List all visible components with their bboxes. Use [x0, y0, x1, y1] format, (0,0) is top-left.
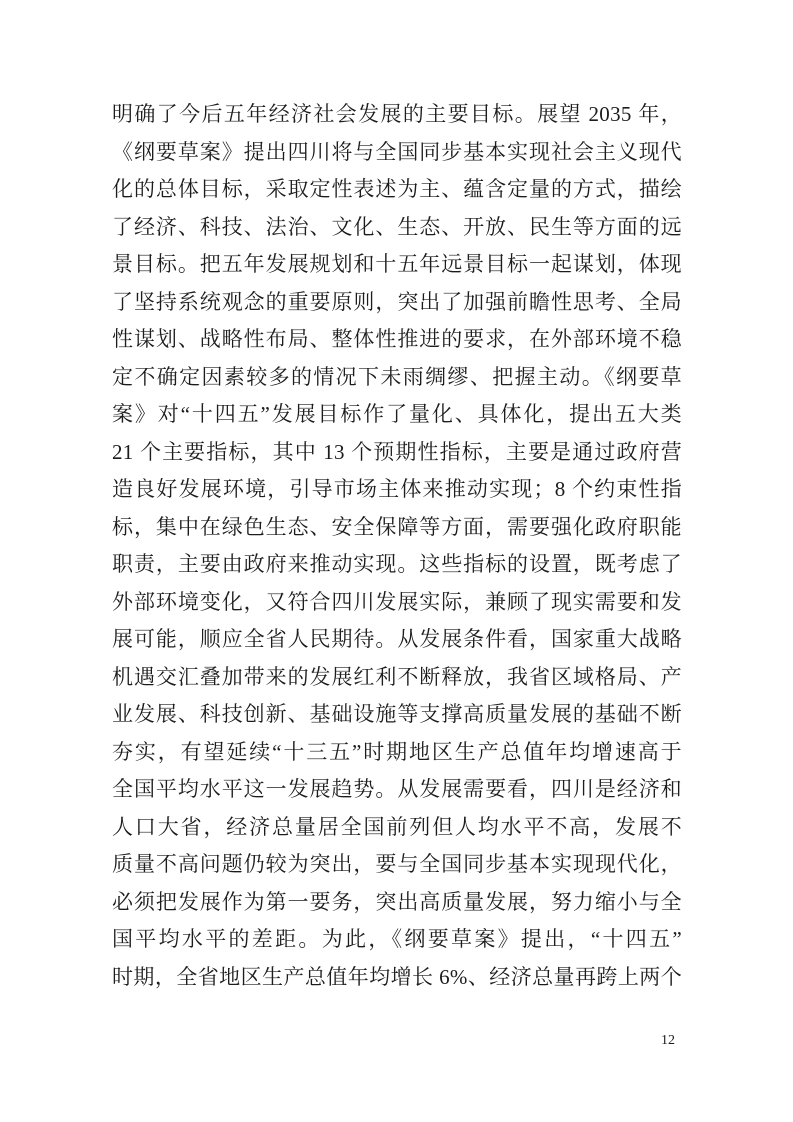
text-line: 展可能，顺应全省人民期待。从发展条件看，国家重大战略 [112, 621, 682, 659]
text-line: 必须把发展作为第一要务，突出高质量发展，努力缩小与全 [112, 884, 682, 922]
text-line: 国平均水平的差距。为此，《纲要草案》提出，“十四五” [112, 921, 682, 959]
text-line: 《纲要草案》提出四川将与全国同步基本实现社会主义现代 [112, 134, 682, 172]
text-line: 定不确定因素较多的情况下未雨绸缪、把握主动。《纲要草 [112, 359, 682, 397]
text-line: 全国平均水平这一发展趋势。从发展需要看，四川是经济和 [112, 771, 682, 809]
text-line: 造良好发展环境，引导市场主体来推动实现；8 个约束性指 [112, 471, 682, 509]
text-line: 明确了今后五年经济社会发展的主要目标。展望 2035 年， [112, 96, 682, 134]
text-line: 案》对“十四五”发展目标作了量化、具体化，提出五大类 [112, 396, 682, 434]
page-number: 12 [648, 1033, 688, 1049]
text-line: 时期，全省地区生产总值年均增长 6%、经济总量再跨上两个 [112, 959, 682, 997]
text-line: 夯实，有望延续“十三五”时期地区生产总值年均增速高于 [112, 734, 682, 772]
text-line: 化的总体目标，采取定性表述为主、蕴含定量的方式，描绘 [112, 171, 682, 209]
text-line: 了坚持系统观念的重要原则，突出了加强前瞻性思考、全局 [112, 284, 682, 322]
text-line: 人口大省，经济总量居全国前列但人均水平不高，发展不足、 [112, 809, 682, 847]
text-line: 业发展、科技创新、基础设施等支撑高质量发展的基础不断 [112, 696, 682, 734]
text-line: 职责，主要由政府来推动实现。这些指标的设置，既考虑了 [112, 546, 682, 584]
text-line: 性谋划、战略性布局、整体性推进的要求，在外部环境不稳 [112, 321, 682, 359]
body-text: 明确了今后五年经济社会发展的主要目标。展望 2035 年， 《纲要草案》提出四川… [112, 96, 682, 996]
text-line: 21 个主要指标，其中 13 个预期性指标，主要是通过政府营 [112, 434, 682, 472]
text-line: 景目标。把五年发展规划和十五年远景目标一起谋划，体现 [112, 246, 682, 284]
text-line: 外部环境变化，又符合四川发展实际，兼顾了现实需要和发 [112, 584, 682, 622]
text-line: 质量不高问题仍较为突出，要与全国同步基本实现现代化， [112, 846, 682, 884]
text-line: 机遇交汇叠加带来的发展红利不断释放，我省区域格局、产 [112, 659, 682, 697]
text-line: 标，集中在绿色生态、安全保障等方面，需要强化政府职能 [112, 509, 682, 547]
document-page: 明确了今后五年经济社会发展的主要目标。展望 2035 年， 《纲要草案》提出四川… [0, 0, 793, 1122]
text-line: 了经济、科技、法治、文化、生态、开放、民生等方面的远 [112, 209, 682, 247]
